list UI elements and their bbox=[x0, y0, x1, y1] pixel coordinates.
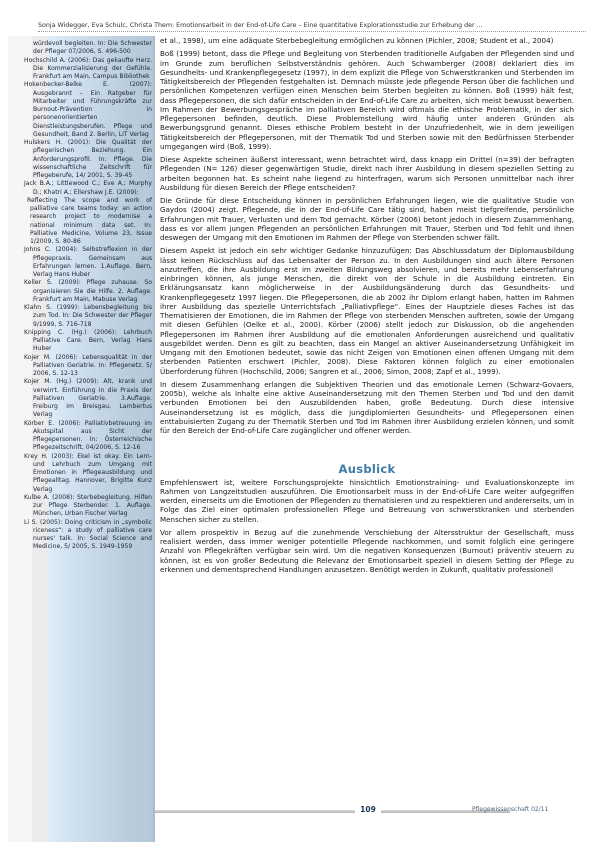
journal-name: Pflegewissenschaft 02/11 bbox=[472, 805, 548, 815]
running-header: Sonja Widegger, Eva Schulc, Christa Them… bbox=[38, 21, 586, 32]
body-paragraph: Diese Aspekte scheinen äußerst interessa… bbox=[160, 155, 574, 192]
reference-item: Körber E. (2006): Palliativbetreuung im … bbox=[24, 420, 152, 453]
body-paragraph: Die Gründe für diese Entscheidung können… bbox=[160, 196, 574, 242]
reference-item: Keller S. (2009): Pflege zuhause. So org… bbox=[24, 279, 152, 304]
body-paragraph: Diesem Aspekt ist jedoch ein sehr wichti… bbox=[160, 246, 574, 376]
reference-item: Li S. (2005): Doing criticism in „symbol… bbox=[24, 519, 152, 552]
reference-item: würdevoll begleiten. In: Die Schwester d… bbox=[24, 40, 152, 57]
reference-item: Hulskers H. (2001): Die Qualität der pfl… bbox=[24, 139, 152, 180]
section-heading: Ausblick bbox=[160, 465, 574, 474]
reference-item: Hokenbecker-Belke E. (2007): Ausgebrannt… bbox=[24, 81, 152, 139]
page-number: 109 bbox=[355, 803, 381, 817]
reference-item: Hochschild A. (2006): Das gekaufte Herz.… bbox=[24, 57, 152, 82]
article-body: et al., 1998), um eine adäquate Sterbebe… bbox=[160, 36, 574, 578]
reference-item: Krey H. (2003): Ekel ist okay. Ein Lern-… bbox=[24, 453, 152, 494]
footer-rule bbox=[155, 810, 510, 813]
reference-item: Kojer M. (2006): Lebensqualität in der P… bbox=[24, 354, 152, 379]
reference-item: Reflecting The scope and work of palliat… bbox=[24, 197, 152, 247]
body-paragraph: Empfehlenswert ist, weitere Forschungspr… bbox=[160, 478, 574, 524]
reference-item: Johns C. (2004): Selbstreflexion in der … bbox=[24, 246, 152, 279]
body-paragraph: In diesem Zusammenhang erlangen die Subj… bbox=[160, 380, 574, 436]
body-paragraph: Vor allem prospektiv in Bezug auf die zu… bbox=[160, 528, 574, 574]
body-paragraph: et al., 1998), um eine adäquate Sterbebe… bbox=[160, 36, 574, 45]
body-paragraph: Boß (1999) betont, dass die Pflege und B… bbox=[160, 49, 574, 151]
reference-item: Kojer M. (Hg.) (2009): Alt, krank und ve… bbox=[24, 378, 152, 419]
reference-item: Klahn S. (1999): Lebensbegleitung bis zu… bbox=[24, 304, 152, 329]
reference-item: Jack B.A.; Littlewood C.; Eve A.; Murphy… bbox=[24, 180, 152, 197]
reference-item: Knipping C. (Hg.) (2006): Lehrbuch Palli… bbox=[24, 329, 152, 354]
reference-item: Kulbe A. (2008): Sterbebegleitung. Hilfe… bbox=[24, 494, 152, 519]
reference-list: würdevoll begleiten. In: Die Schwester d… bbox=[24, 40, 152, 552]
